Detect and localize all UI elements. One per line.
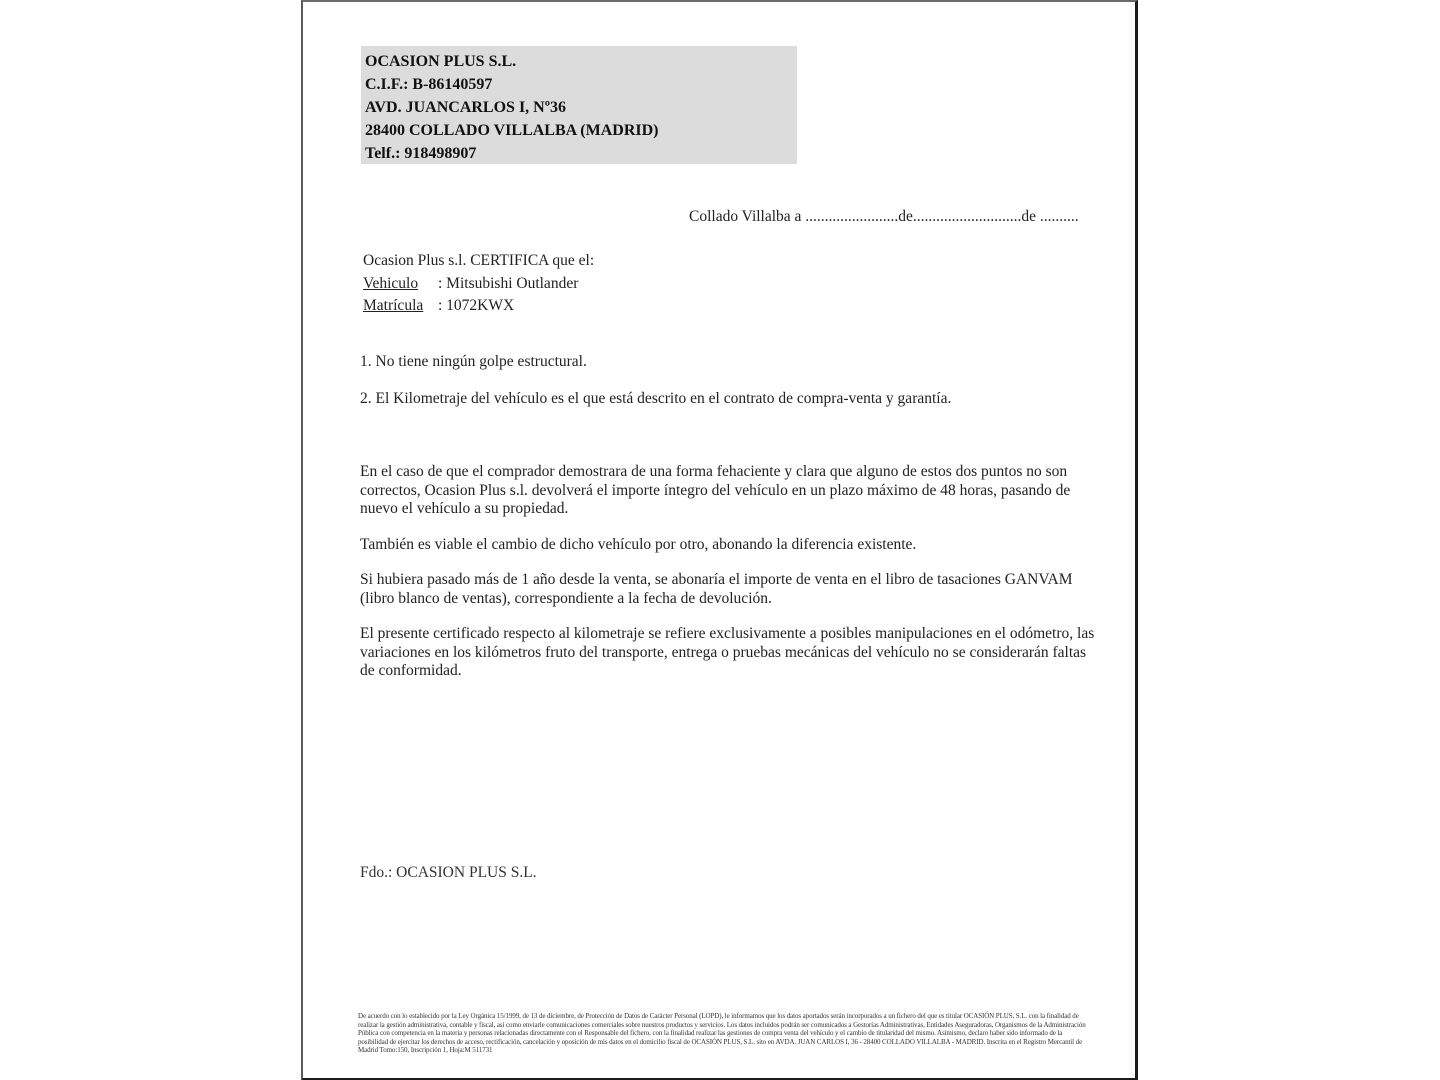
company-header-box: OCASION PLUS S.L. C.I.F.: B-86140597 AVD… bbox=[361, 46, 797, 164]
company-address: AVD. JUANCARLOS I, Nº36 bbox=[365, 96, 797, 119]
company-name: OCASION PLUS S.L. bbox=[365, 50, 797, 73]
plate-field: Matrícula : 1072KWX bbox=[363, 295, 594, 318]
company-phone: Telf.: 918498907 bbox=[365, 142, 797, 165]
plate-label: Matrícula bbox=[363, 295, 438, 318]
paragraph-exchange: También es viable el cambio de dicho veh… bbox=[360, 536, 1095, 555]
vehicle-value: : Mitsubishi Outlander bbox=[438, 273, 578, 296]
vehicle-field: Vehiculo : Mitsubishi Outlander bbox=[363, 273, 594, 296]
point-2: 2. El Kilometraje del vehículo es el que… bbox=[360, 390, 951, 427]
paragraph-odometer: El presente certificado respecto al kilo… bbox=[360, 625, 1095, 681]
point-1: 1. No tiene ningún golpe estructural. bbox=[360, 353, 951, 390]
document-page: OCASION PLUS S.L. C.I.F.: B-86140597 AVD… bbox=[301, 0, 1138, 1080]
company-cif: C.I.F.: B-86140597 bbox=[365, 73, 797, 96]
certified-points: 1. No tiene ningún golpe estructural. 2.… bbox=[360, 353, 951, 427]
legal-notice: De acuerdo con lo establecido por la Ley… bbox=[358, 1012, 1093, 1055]
conditions-block: En el caso de que el comprador demostrar… bbox=[360, 463, 1095, 698]
vehicle-label: Vehiculo bbox=[363, 273, 438, 296]
signature-line: Fdo.: OCASION PLUS S.L. bbox=[360, 864, 537, 882]
paragraph-ganvam: Si hubiera pasado más de 1 año desde la … bbox=[360, 571, 1095, 608]
plate-value: : 1072KWX bbox=[438, 295, 514, 318]
company-city: 28400 COLLADO VILLALBA (MADRID) bbox=[365, 119, 797, 142]
place-date-line: Collado Villalba a .....................… bbox=[689, 208, 1079, 226]
paragraph-refund: En el caso de que el comprador demostrar… bbox=[360, 463, 1095, 519]
certificate-statement: Ocasion Plus s.l. CERTIFICA que el: bbox=[363, 250, 594, 273]
certificate-intro-block: Ocasion Plus s.l. CERTIFICA que el: Vehi… bbox=[363, 250, 594, 318]
